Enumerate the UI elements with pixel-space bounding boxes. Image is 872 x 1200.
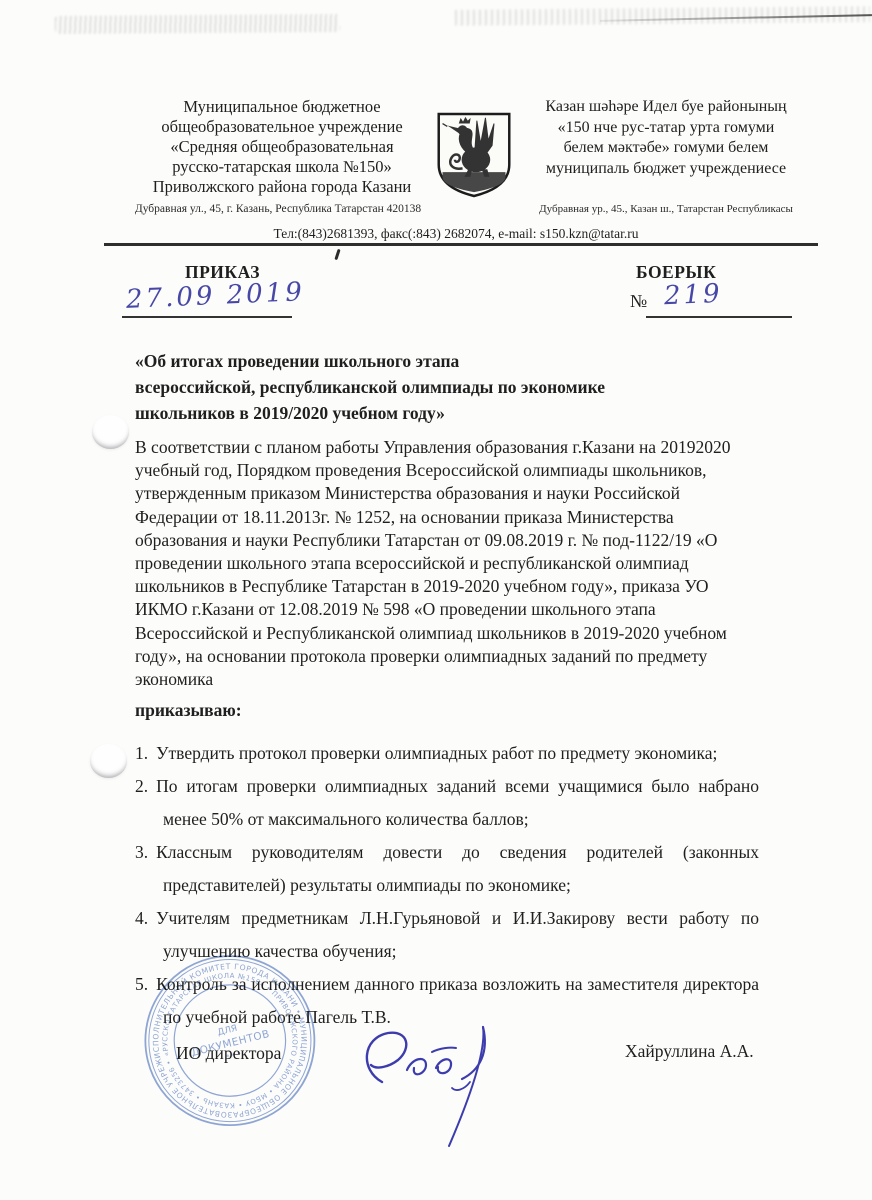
order-title: «Об итогах проведении школьного этапа вс… — [135, 348, 775, 426]
item-number: 3. — [135, 842, 148, 862]
address-tatar: Дубравная ур., 45., Казан ш., Татарстан … — [518, 203, 814, 215]
org-line: Приволжского района города Казани — [108, 177, 456, 197]
item-text: Утвердить протокол проверки олимпиадных … — [156, 743, 717, 763]
org-name-tatar: Казан шәһәре Идел буе районының «150 нче… — [518, 97, 814, 179]
number-underline — [646, 316, 792, 318]
kazan-zilant-crest-icon — [433, 109, 515, 201]
signer-name: Хайруллина А.А. — [625, 1041, 754, 1062]
handwritten-order-number: 219 — [663, 279, 723, 312]
svg-text:* * *: * * * — [226, 1050, 243, 1061]
title-line: всероссийской, республиканской олимпиады… — [135, 374, 775, 400]
item-text: Классным руководителям довести до сведен… — [156, 842, 759, 895]
list-item: 1.Утвердить протокол проверки олимпиадны… — [135, 737, 759, 770]
scan-tick-mark — [334, 249, 340, 260]
number-sign: № — [630, 291, 647, 312]
list-item: 2.По итогам проверки олимпиадных заданий… — [135, 770, 759, 836]
org-name-russian: Муниципальное бюджетное общеобразователь… — [108, 97, 456, 197]
item-text: По итогам проверки олимпиадных заданий в… — [156, 776, 759, 829]
punch-hole — [90, 744, 127, 778]
item-number: 1. — [135, 743, 148, 763]
title-line: школьников в 2019/2020 учебном году» — [135, 400, 775, 426]
scanned-order-document: Муниципальное бюджетное общеобразователь… — [0, 0, 872, 1200]
date-underline — [122, 316, 292, 318]
scan-noise-streak — [55, 14, 340, 34]
item-number: 4. — [135, 908, 148, 928]
punch-hole — [92, 415, 129, 449]
header-divider — [104, 243, 818, 246]
org-line: «Средняя общеобразовательная — [108, 137, 456, 157]
org-line: русско-татарская школа №150» — [108, 157, 456, 177]
address-russian: Дубравная ул., 45, г. Казань, Республика… — [100, 203, 456, 215]
contact-line: Тел:(843)2681393, факс(:843) 2682074, e-… — [40, 226, 872, 242]
org-line: общеобразовательное учреждение — [108, 117, 456, 137]
item-number: 2. — [135, 776, 148, 796]
decree-word: приказываю: — [135, 700, 242, 721]
preamble-paragraph: В соответствии с планом работы Управлени… — [135, 436, 759, 691]
org-line: Муниципальное бюджетное — [108, 97, 456, 117]
org-line: Казан шәһәре Идел буе районының — [518, 97, 814, 118]
org-line: «150 нче рус-татар урта гомуми — [518, 118, 814, 139]
title-line: «Об итогах проведении школьного этапа — [135, 348, 775, 374]
org-line: белем мәктәбе» гомуми белем — [518, 138, 814, 159]
list-item: 3.Классным руководителям довести до свед… — [135, 836, 759, 902]
org-line: муниципаль бюджет учреждениесе — [518, 159, 814, 180]
signature-scribble — [352, 1018, 532, 1163]
handwritten-date: 27.09 2019 — [125, 277, 305, 315]
